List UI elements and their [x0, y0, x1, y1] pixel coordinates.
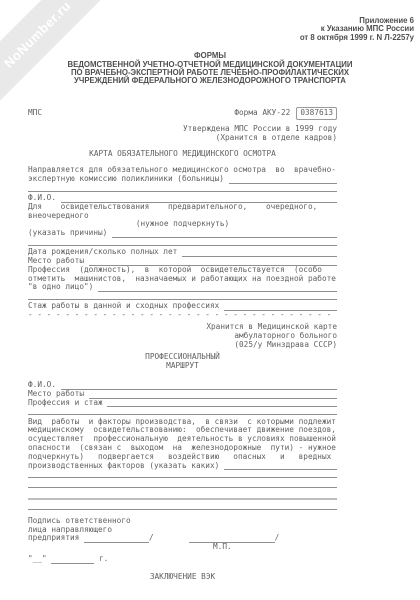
form-code-label: Форма АКУ-22 [234, 109, 290, 118]
factors-field-label: производственных факторов (указать каких… [28, 462, 224, 471]
date-row: "__" г. [28, 555, 337, 564]
blank-write-in-line [28, 480, 337, 488]
card-title: КАРТА ОБЯЗАТЕЛЬНОГО МЕДИЦИНСКОГО ОСМОТРА [28, 150, 337, 159]
doc-title-line: УЧРЕЖДЕНИЙ ФЕДЕРАЛЬНОГО ЖЕЛЕЗНОДОРОЖНОГО… [0, 77, 420, 85]
signature-name-line [189, 534, 275, 543]
blank-write-in-line [28, 470, 337, 478]
reasons-field-line [112, 229, 337, 238]
conclusion-title: ЗАКЛЮЧЕНИЕ ВЭК [28, 573, 337, 582]
commission-field-label: экспертную комиссию поликлиники (больниц… [28, 175, 229, 184]
continuation-line [28, 407, 337, 415]
continuation-line [28, 184, 337, 192]
blank-write-in-line [28, 491, 337, 500]
commission-field-row: экспертную комиссию поликлиники (больниц… [28, 175, 337, 184]
reasons-field-label: (указать причины) [28, 229, 112, 238]
continuation-line [28, 238, 337, 246]
route-profession-field-label: Профессия и стаж [28, 399, 107, 408]
profession-field-line [98, 283, 337, 292]
profession-field-label: "в одно лицо") [28, 283, 98, 292]
birthdate-field-line [182, 248, 337, 257]
annex-line: от 8 октября 1999 г. N Л-2257у [0, 34, 414, 42]
dashed-separator: - - - - - - - - - - - - - - - - - - - - … [28, 311, 337, 320]
form-number: 0387613 [300, 108, 333, 117]
storage-note: (Хранится в отделе кадров) [28, 134, 337, 143]
document-page: NoNumber.ru Приложение 6 к Указанию МПС … [0, 0, 420, 600]
annex-note: Приложение 6 к Указанию МПС России от 8 … [0, 17, 414, 42]
factors-field-row: производственных факторов (указать каких… [28, 462, 337, 471]
route-fio-field-line [61, 381, 337, 390]
route-workplace-field-line [89, 390, 337, 399]
seal-mark: М.П. [213, 543, 337, 552]
blank-write-in-line [28, 502, 337, 510]
signature-enterprise-label: предприятия [28, 534, 84, 543]
factors-field-line [224, 462, 337, 471]
date-year-suffix: г. [94, 555, 108, 564]
continuation-line [28, 292, 337, 300]
form-code-row: МПС Форма АКУ-22 0387613 [28, 106, 337, 121]
reasons-field-row: (указать причины) [28, 229, 337, 238]
route-profession-field-line [107, 399, 337, 408]
keep-note-line-3: (025/у Минздрава СССР) [28, 341, 337, 350]
spacer [154, 534, 189, 543]
doc-title: ФОРМЫ ВЕДОМСТВЕННОЙ УЧЕТНО-ОТЧЕТНОЙ МЕДИ… [0, 52, 420, 86]
date-line [51, 555, 94, 564]
profession-field-row: "в одно лицо") [28, 283, 337, 292]
slash: / [275, 534, 280, 543]
route-profession-field-row: Профессия и стаж [28, 399, 337, 408]
form-number-box: 0387613 [296, 107, 337, 120]
commission-field-line [229, 175, 337, 184]
signature-row: предприятия / / [28, 534, 337, 543]
signature-line [84, 534, 149, 543]
org-label: МПС [28, 109, 42, 118]
route-section-title-2: МАРШРУТ [28, 362, 337, 371]
date-quote: "__" [28, 555, 51, 564]
